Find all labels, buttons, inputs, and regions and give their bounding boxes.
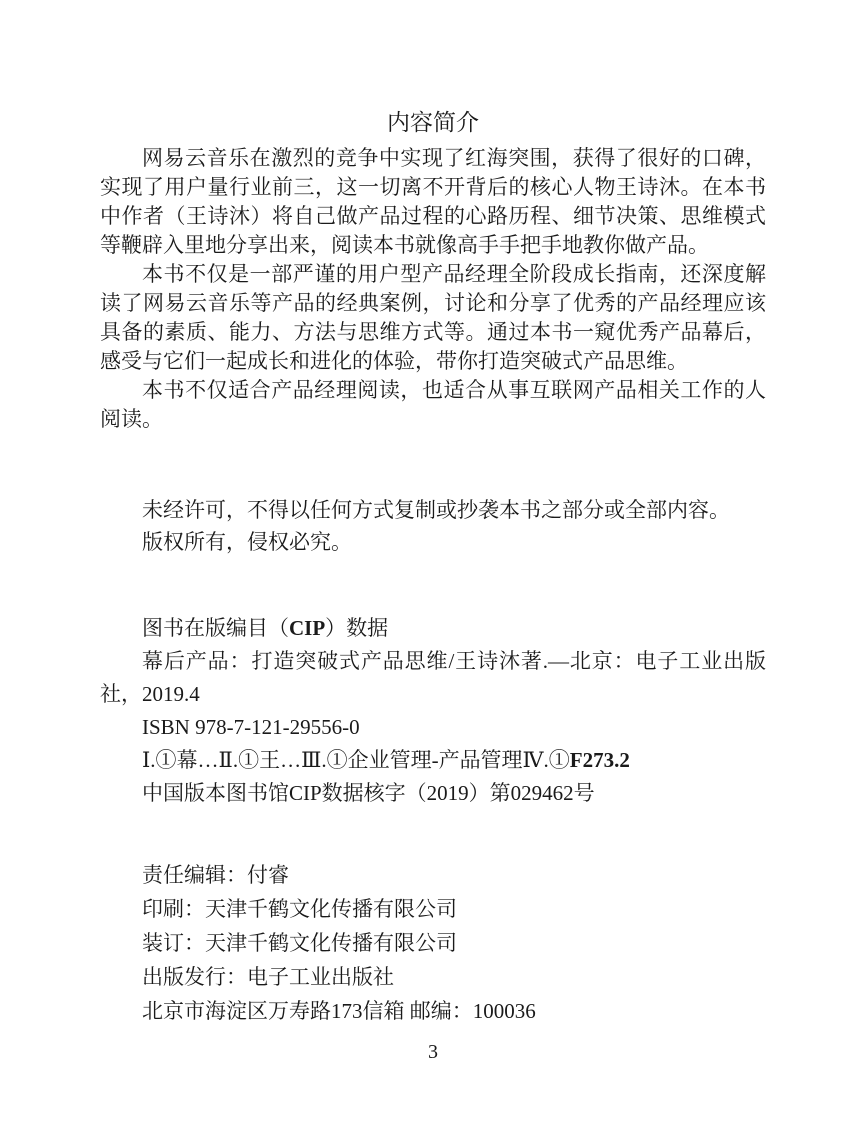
pub-printer-line: 印刷：天津千鹤文化传播有限公司 [100,892,766,926]
pub-address-line: 北京市海淀区万寿路173信箱 邮编：100036 [100,994,766,1028]
page-title: 内容简介 [100,110,766,136]
pub-editor-line: 责任编辑：付睿 [100,858,766,892]
page-number: 3 [100,1040,766,1064]
copyright-line-2: 版权所有，侵权必究。 [100,526,766,558]
book-copyright-page: 内容简介 网易云音乐在激烈的竞争中实现了红海突围，获得了很好的口碑，实现了用户量… [0,0,866,1122]
copyright-notice: 未经许可，不得以任何方式复制或抄袭本书之部分或全部内容。 版权所有，侵权必究。 [100,494,766,558]
cip-header-prefix: 图书在版编目（ [142,616,289,640]
cip-isbn: ISBN 978-7-121-29556-0 [100,711,766,744]
intro-paragraph-3: 本书不仅适合产品经理阅读，也适合从事互联网产品相关工作的人阅读。 [100,376,766,434]
publication-info-block: 责任编辑：付睿 印刷：天津千鹤文化传播有限公司 装订：天津千鹤文化传播有限公司 … [100,858,766,1028]
cip-classification-text: Ⅰ.①幕…Ⅱ.①王…Ⅲ.①企业管理-产品管理Ⅳ.① [142,748,570,772]
intro-paragraph-2: 本书不仅是一部严谨的用户型产品经理全阶段成长指南，还深度解读了网易云音乐等产品的… [100,260,766,376]
copyright-line-1: 未经许可，不得以任何方式复制或抄袭本书之部分或全部内容。 [100,494,766,526]
cip-header-acronym: CIP [289,616,325,640]
cip-data-block: 图书在版编目（CIP）数据 幕后产品：打造突破式产品思维/王诗沐著.—北京：电子… [100,612,766,810]
cip-catalog-entry: 幕后产品：打造突破式产品思维/王诗沐著.—北京：电子工业出版社，2019.4 [100,645,766,711]
pub-binder-line: 装订：天津千鹤文化传播有限公司 [100,926,766,960]
cip-header-suffix: ）数据 [325,616,388,640]
pub-publisher-line: 出版发行：电子工业出版社 [100,960,766,994]
cip-header: 图书在版编目（CIP）数据 [100,612,766,645]
cip-record-number: 中国版本图书馆CIP数据核字（2019）第029462号 [100,777,766,810]
intro-paragraph-1: 网易云音乐在激烈的竞争中实现了红海突围，获得了很好的口碑，实现了用户量行业前三，… [100,144,766,260]
cip-classification-code: F273.2 [570,748,630,772]
cip-classification: Ⅰ.①幕…Ⅱ.①王…Ⅲ.①企业管理-产品管理Ⅳ.①F273.2 [100,744,766,777]
